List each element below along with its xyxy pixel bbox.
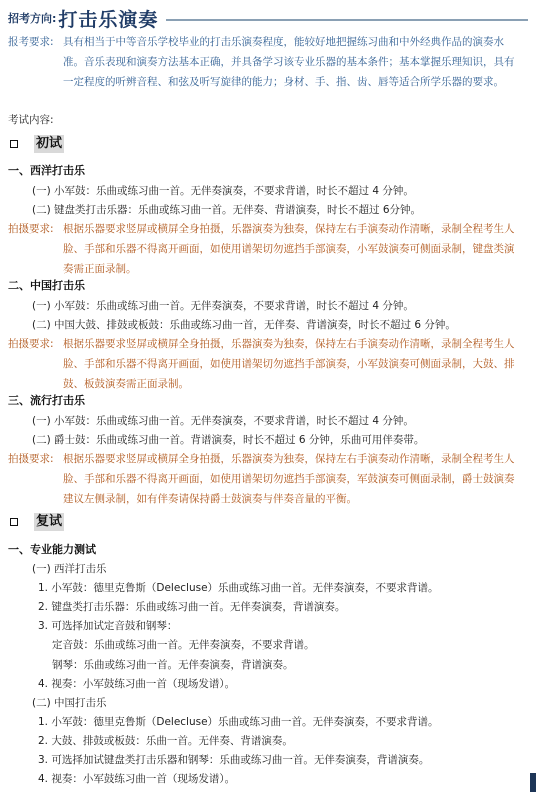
group-heading-chinese: 二、中国打击乐 — [8, 276, 85, 296]
section-title-retest: 复试 — [34, 513, 64, 531]
list-item: 2. 大鼓、排鼓或板鼓：乐曲一首。无伴奏、背谱演奏。 — [38, 731, 293, 751]
application-requirements: 报考要求: 具有相当于中等音乐学校毕业的打击乐演奏程度，能较好地把握练习曲和中外… — [8, 32, 524, 92]
subgroup-western: (一) 西洋打击乐 — [32, 559, 107, 579]
page-title: 打击乐演奏 — [58, 5, 158, 32]
filming-label: 拍摄要求: — [8, 334, 54, 354]
section-retest: 复试 — [8, 511, 64, 533]
list-item: 定音鼓：乐曲或练习曲一首。无伴奏演奏，不要求背谱。 — [52, 635, 315, 655]
section-preliminary: 初试 — [8, 133, 64, 155]
filming-requirements-pop: 拍摄要求: 根据乐器要求竖屏或横屏全身拍摄，乐器演奏为独奏，保持左右手演奏动作清… — [8, 449, 524, 509]
filming-label: 拍摄要求: — [8, 449, 54, 469]
retest-heading: 一、专业能力测试 — [8, 540, 96, 560]
header-divider — [166, 19, 528, 21]
filming-label: 拍摄要求: — [8, 219, 54, 239]
list-item: (二) 爵士鼓：乐曲或练习曲一首。背谱演奏，时长不超过 6 分钟，乐曲可用伴奏带… — [32, 430, 424, 450]
list-item: (一) 小军鼓：乐曲或练习曲一首。无伴奏演奏，不要求背谱，时长不超过 4 分钟。 — [32, 296, 414, 316]
group-heading-western: 一、西洋打击乐 — [8, 161, 85, 181]
header-label: 招考方向: — [8, 10, 56, 26]
list-item: (一) 小军鼓：乐曲或练习曲一首。无伴奏演奏，不要求背谱，时长不超过 4 分钟。 — [32, 411, 414, 431]
list-item: 钢琴：乐曲或练习曲一首。无伴奏演奏，背谱演奏。 — [52, 655, 294, 675]
edge-bar — [530, 773, 536, 792]
section-title-preliminary: 初试 — [34, 135, 64, 153]
list-item: 1. 小军鼓：德里克鲁斯（Delecluse）乐曲或练习曲一首。无伴奏演奏，不要… — [38, 712, 439, 732]
list-item: 3. 可选择加试定音鼓和钢琴： — [38, 616, 177, 636]
checkbox-icon — [10, 140, 18, 148]
exam-content-label: 考试内容: — [8, 110, 54, 130]
filming-text: 根据乐器要求竖屏或横屏全身拍摄，乐器演奏为独奏，保持左右手演奏动作清晰，录制全程… — [63, 334, 524, 394]
subgroup-chinese: (二) 中国打击乐 — [32, 693, 107, 713]
list-item: (一) 小军鼓：乐曲或练习曲一首。无伴奏演奏，不要求背谱，时长不超过 4 分钟。 — [32, 181, 414, 201]
list-item: 4. 视奏：小军鼓练习曲一首（现场发谱）。 — [38, 769, 235, 789]
filming-requirements-chinese: 拍摄要求: 根据乐器要求竖屏或横屏全身拍摄，乐器演奏为独奏，保持左右手演奏动作清… — [8, 334, 524, 394]
filming-text: 根据乐器要求竖屏或横屏全身拍摄，乐器演奏为独奏，保持左右手演奏动作清晰，录制全程… — [63, 219, 524, 279]
page-header: 招考方向: 打击乐演奏 — [8, 4, 528, 32]
filming-text: 根据乐器要求竖屏或横屏全身拍摄，乐器演奏为独奏，保持左右手演奏动作清晰，录制全程… — [63, 449, 524, 509]
requirements-label: 报考要求: — [8, 32, 54, 52]
list-item: 3. 可选择加试键盘类打击乐器和钢琴：乐曲或练习曲一首。无伴奏演奏，背谱演奏。 — [38, 750, 429, 770]
filming-requirements-western: 拍摄要求: 根据乐器要求竖屏或横屏全身拍摄，乐器演奏为独奏，保持左右手演奏动作清… — [8, 219, 524, 279]
document-page: 招考方向: 打击乐演奏 报考要求: 具有相当于中等音乐学校毕业的打击乐演奏程度，… — [0, 0, 536, 792]
list-item: (二) 键盘类打击乐器：乐曲或练习曲一首。无伴奏、背谱演奏，时长不超过 6分钟。 — [32, 200, 421, 220]
requirements-text: 具有相当于中等音乐学校毕业的打击乐演奏程度，能较好地把握练习曲和中外经典作品的演… — [63, 32, 524, 92]
list-item: 1. 小军鼓：德里克鲁斯（Delecluse）乐曲或练习曲一首。无伴奏演奏，不要… — [38, 578, 439, 598]
list-item: 4. 视奏：小军鼓练习曲一首（现场发谱）。 — [38, 674, 235, 694]
list-item: 2. 键盘类打击乐器：乐曲或练习曲一首。无伴奏演奏，背谱演奏。 — [38, 597, 345, 617]
checkbox-icon — [10, 518, 18, 526]
list-item: (二) 中国大鼓、排鼓或板鼓：乐曲或练习曲一首，无伴奏、背谱演奏，时长不超过 6… — [32, 315, 456, 335]
group-heading-pop: 三、流行打击乐 — [8, 391, 85, 411]
